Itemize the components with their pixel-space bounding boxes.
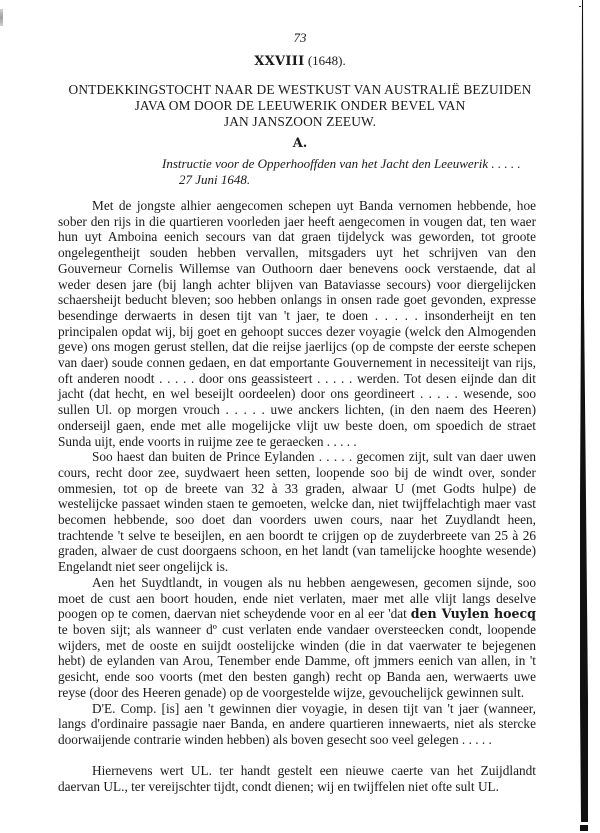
document-subtitle: Instructie voor de Opperhooffden van het… xyxy=(162,156,582,188)
document-number: XXVIII (1648). xyxy=(0,53,600,69)
paragraph: Soo haest dan buiten de Prince Eylanden … xyxy=(58,449,536,575)
page-number: 73 xyxy=(0,30,600,46)
document-title: ONTDEKKINGSTOCHT NAAR DE WESTKUST VAN AU… xyxy=(0,82,600,130)
bold-place-name: den Vuylen hoecq xyxy=(411,606,536,621)
document-year: (1648). xyxy=(308,53,346,68)
paragraph: Hiernevens wert UL. ter handt gestelt ee… xyxy=(58,763,536,794)
paragraph-text: te boven sijt; als wanneer dº cust verla… xyxy=(58,622,536,700)
section-heading: A. xyxy=(0,136,600,151)
paragraph: Met de jongste alhier aengecomen schepen… xyxy=(58,198,536,449)
document-roman-numeral: XXVIII xyxy=(254,54,304,69)
subtitle-text: Instructie voor de Opperhooffden van het… xyxy=(162,156,521,171)
scan-smudge xyxy=(0,9,3,26)
body-text: Met de jongste alhier aengecomen schepen… xyxy=(58,198,536,795)
paragraph: Aen het Suydtlandt, in vougen als nu heb… xyxy=(58,575,536,701)
title-line: ONTDEKKINGSTOCHT NAAR DE WESTKUST VAN AU… xyxy=(0,82,600,98)
title-line: JAN JANSZOON ZEEUW. xyxy=(0,114,600,130)
title-line: JAVA OM DOOR DE LEEUWERIK ONDER BEVEL VA… xyxy=(0,98,600,114)
paragraph: D'E. Comp. [is] aen 't gewinnen dier voy… xyxy=(58,701,536,748)
document-page: 73 XXVIII (1648). ONTDEKKINGSTOCHT NAAR … xyxy=(0,0,600,833)
subtitle-date: 27 Juni 1648. xyxy=(162,172,582,188)
